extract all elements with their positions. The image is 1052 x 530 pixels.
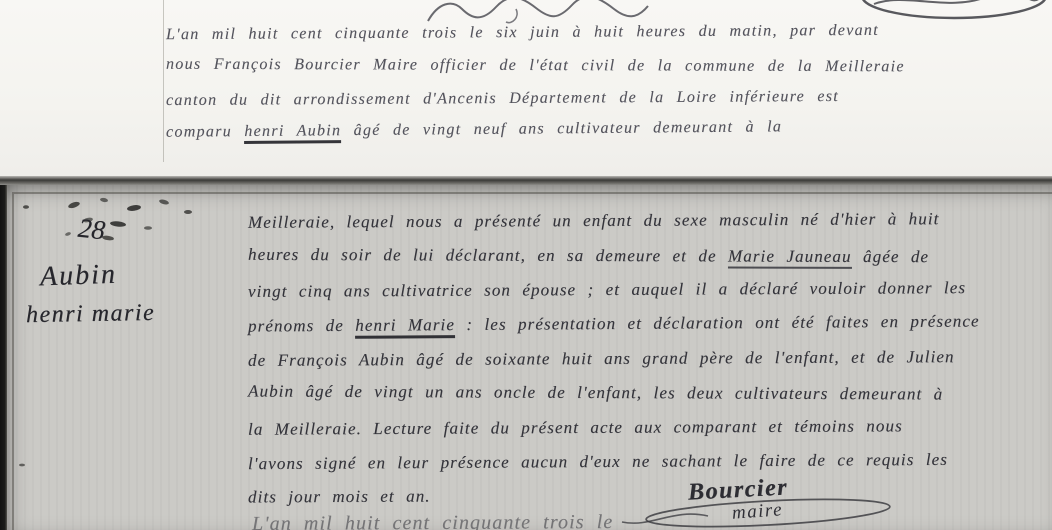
record-line-text: Aubin âgé de vingt un ans oncle de l'enf… — [248, 381, 943, 403]
margin-rule — [163, 0, 164, 162]
record-line: de François Aubin âgé de soixante huit a… — [248, 348, 955, 370]
act-line-text: âgé de vingt neuf ans cultivateur demeur… — [341, 118, 782, 139]
act-line: canton du dit arrondissement d'Ancenis D… — [166, 88, 839, 110]
act-line-text: comparu — [166, 123, 244, 141]
act-line: nous François Bourcier Maire officier de… — [166, 56, 905, 76]
record-line: dits jour mois et an. — [248, 488, 431, 508]
record-line: Meilleraie, lequel nous a présenté un en… — [248, 210, 940, 232]
record-line-text: la Meilleraie. Lecture faite du présent … — [248, 416, 903, 438]
margin-surname: Aubin — [39, 260, 117, 293]
record-line-text: dits jour mois et an. — [248, 487, 431, 507]
register-page-top: L'an mil huit cent cinquante trois le si… — [0, 0, 1052, 176]
act-line: comparu henri Aubin âgé de vingt neuf an… — [166, 118, 782, 141]
signature-title: maire — [731, 500, 783, 524]
underlined-name: henri Marie — [355, 315, 455, 339]
ink-specks-icon — [12, 193, 242, 263]
record-line: vingt cinq ans cultivatrice son épouse ;… — [248, 279, 966, 301]
act-line: L'an mil huit cent cinquante trois le si… — [166, 22, 879, 44]
act-line-text: canton du dit arrondissement d'Ancenis D… — [166, 88, 839, 109]
record-line-text: âgée de — [852, 247, 930, 266]
act-line-text: L'an mil huit cent cinquante trois le si… — [166, 22, 879, 43]
margin-given-names: henri marie — [26, 300, 156, 329]
register-page-bottom: 28 Aubin henri marie Meilleraie, lequel … — [0, 185, 1052, 530]
page-left-edge — [0, 185, 7, 530]
underlined-name: henri Aubin — [244, 122, 341, 144]
record-line: heures du soir de lui déclarant, en sa d… — [248, 246, 929, 267]
record-line-text: prénoms de — [248, 316, 355, 336]
record-line-text: Meilleraie, lequel nous a présenté un en… — [248, 209, 940, 232]
record-line-text: vingt cinq ans cultivatrice son épouse ;… — [248, 278, 966, 301]
underlined-name: Marie Jauneau — [728, 246, 852, 268]
record-line: la Meilleraie. Lecture faite du présent … — [248, 417, 903, 439]
page-edge-shadow — [0, 176, 1052, 185]
next-entry-partial: L'an mil huit cent cinquante trois le — [252, 511, 613, 530]
record-line-text: heures du soir de lui déclarant, en sa d… — [248, 245, 728, 266]
act-line-text: nous François Bourcier Maire officier de… — [166, 56, 905, 76]
record-line-text: l'avons signé en leur présence aucun d'e… — [248, 450, 948, 473]
oval-flourish-icon — [856, 0, 1052, 26]
document-scan: L'an mil huit cent cinquante trois le si… — [0, 0, 1052, 530]
record-line-text: : les présentation et déclaration ont ét… — [455, 311, 980, 334]
margin-record-number: 28 — [77, 214, 107, 246]
record-line-text: de François Aubin âgé de soixante huit a… — [248, 347, 955, 370]
record-line: Aubin âgé de vingt un ans oncle de l'enf… — [248, 382, 943, 404]
